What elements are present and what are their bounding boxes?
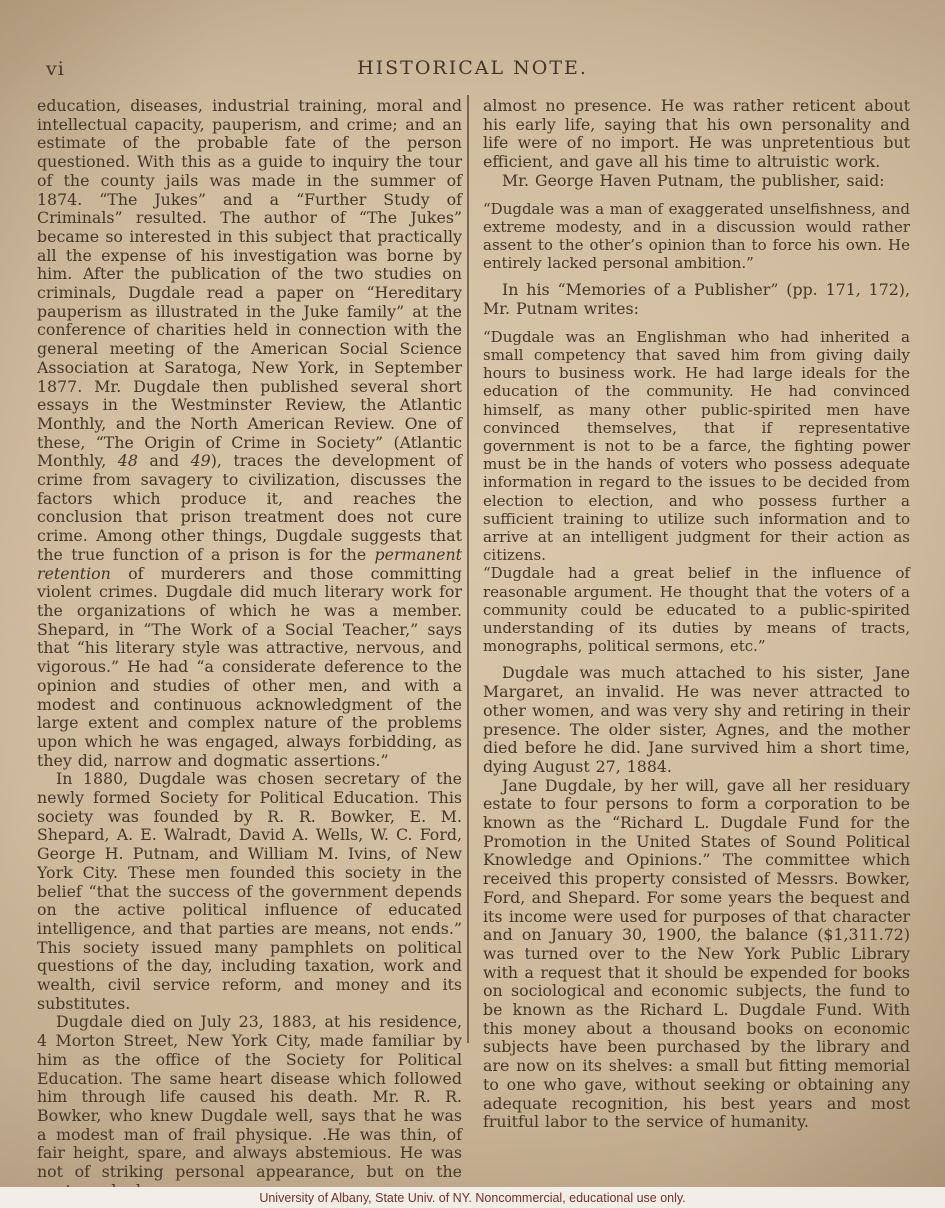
body-paragraph: education, diseases, industrial training…: [37, 97, 462, 770]
text-segment: education, diseases, industrial training…: [37, 96, 462, 470]
text-segment: almost no presence. He was rather retice…: [483, 96, 910, 171]
body-paragraph: In 1880, Dugdale was chosen secretary of…: [37, 770, 462, 1013]
text-segment: “Dugdale was a man of exaggerated unself…: [483, 200, 910, 273]
left-text-column: education, diseases, industrial training…: [37, 97, 462, 1200]
text-segment: Dugdale was much attached to his sister,…: [483, 663, 910, 776]
right-text-column: almost no presence. He was rather retice…: [483, 97, 910, 1132]
body-paragraph: almost no presence. He was rather retice…: [483, 97, 910, 172]
text-segment: Jane Dugdale, by her will, gave all her …: [483, 776, 910, 1132]
text-segment: of murderers and those committing violen…: [37, 564, 462, 770]
scanned-book-page: vi HISTORICAL NOTE. education, diseases,…: [0, 0, 945, 1208]
italic-text-segment: 49: [191, 451, 211, 470]
body-paragraph: Dugdale died on July 23, 1883, at his re…: [37, 1013, 462, 1200]
body-paragraph: Dugdale was much attached to his sister,…: [483, 664, 910, 776]
body-paragraph: In his “Memories of a Publisher” (pp. 17…: [483, 281, 910, 318]
text-segment: “Dugdale had a great belief in the influ…: [483, 564, 910, 655]
attribution-caption: University of Albany, State Univ. of NY.…: [259, 1191, 685, 1205]
text-segment: Dugdale died on July 23, 1883, at his re…: [37, 1012, 462, 1199]
text-segment: “Dugdale was an Englishman who had inher…: [483, 328, 910, 564]
page-title: HISTORICAL NOTE.: [0, 57, 945, 79]
text-segment: Mr. George Haven Putnam, the publisher, …: [502, 171, 885, 190]
italic-text-segment: 48: [118, 451, 138, 470]
column-divider-rule: [467, 95, 469, 1043]
text-segment: In his “Memories of a Publisher” (pp. 17…: [483, 280, 910, 318]
body-paragraph: Mr. George Haven Putnam, the publisher, …: [483, 172, 910, 191]
text-segment: In 1880, Dugdale was chosen secretary of…: [37, 769, 462, 1012]
body-paragraph: Jane Dugdale, by her will, gave all her …: [483, 777, 910, 1132]
block-quote-paragraph: “Dugdale had a great belief in the influ…: [483, 564, 910, 655]
text-segment: and: [138, 451, 191, 470]
attribution-footer-bar: University of Albany, State Univ. of NY.…: [0, 1187, 945, 1208]
block-quote-paragraph: “Dugdale was an Englishman who had inher…: [483, 328, 910, 565]
block-quote-paragraph: “Dugdale was a man of exaggerated unself…: [483, 200, 910, 273]
